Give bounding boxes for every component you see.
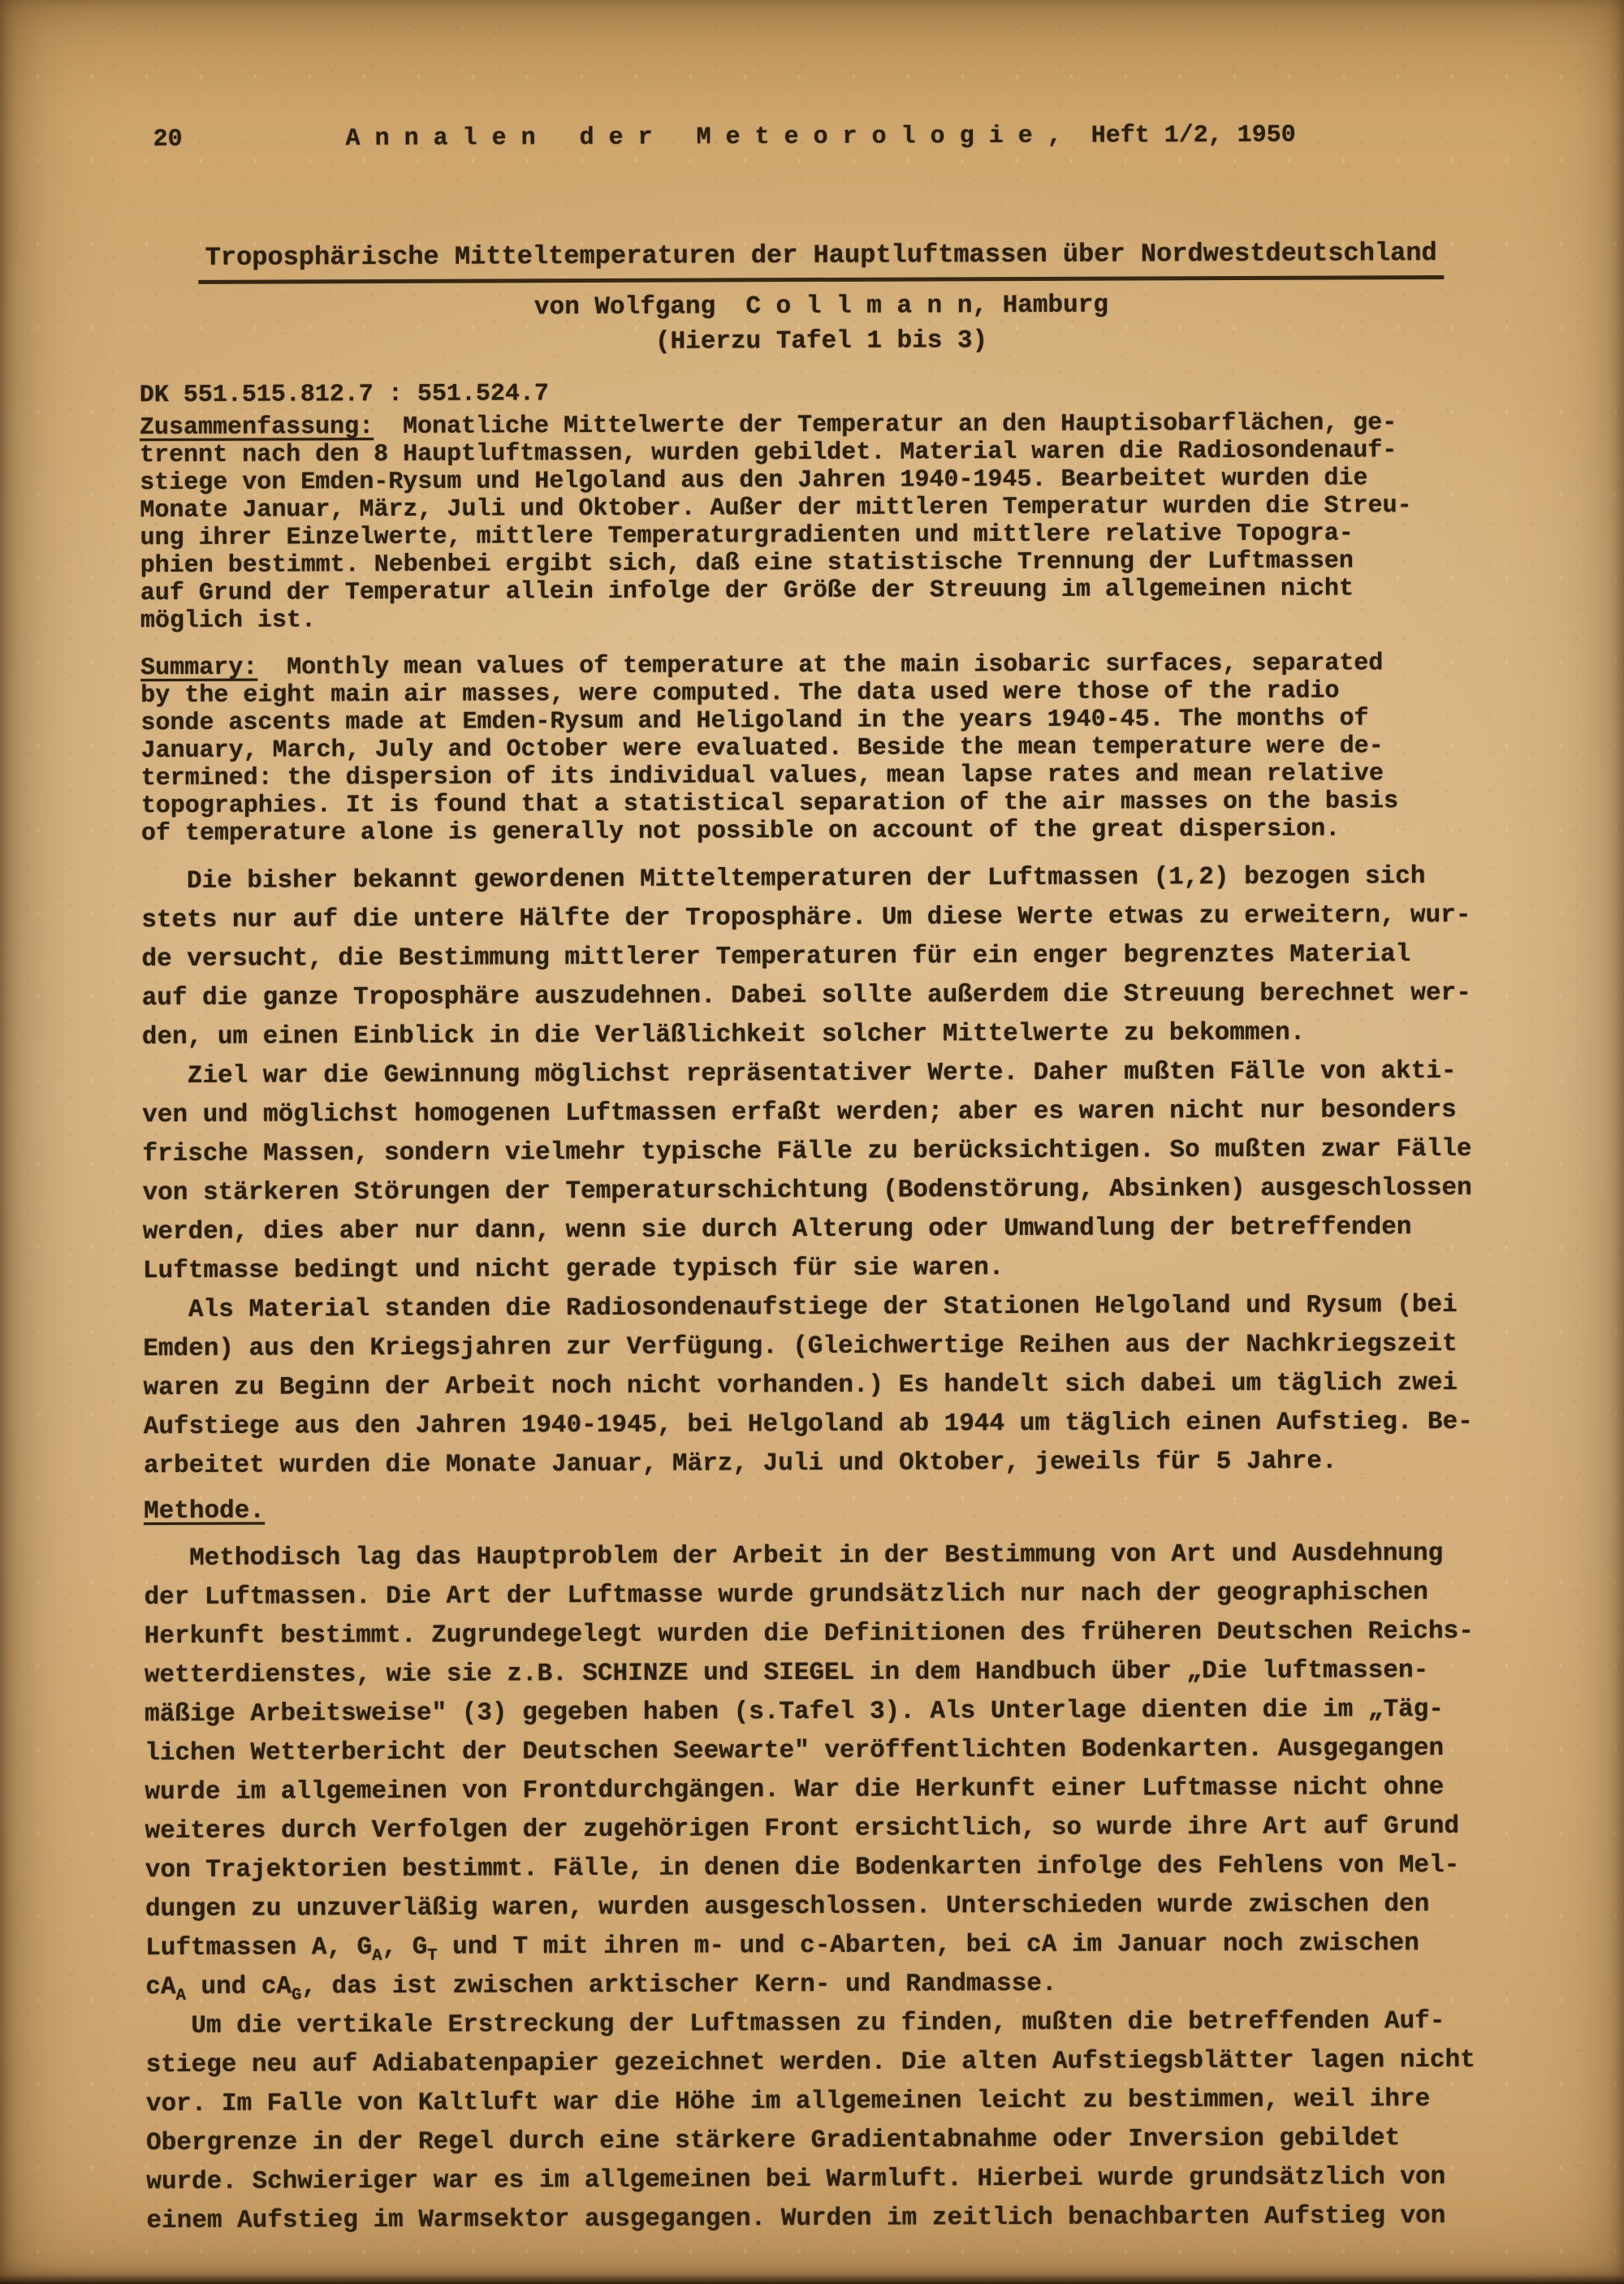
text-line: Methodisch lag das Hauptproblem der Arbe… [144,1535,1508,1578]
text-line: stiege neu auf Adiabatenpapier gezeichne… [146,2041,1510,2085]
text-line: der Luftmassen. Die Art der Luftmasse wu… [144,1574,1508,1617]
subscript-symbol: T [427,1947,437,1966]
text-line: Herkunft bestimmt. Zugrundegelegt wurden… [145,1613,1509,1656]
text-line: auf Grund der Temperatur allein infolge … [140,575,1505,607]
paragraph-intro-2: Ziel war die Gewinnung möglichst repräse… [142,1052,1507,1291]
text-line: Luftmassen A, GA, GT und T mit ihren m- … [145,1924,1510,1968]
journal-header: A n n a l e n d e r M e t e o r o l o g … [139,121,1503,153]
text-line: de versucht, die Bestimmung mittlerer Te… [141,935,1505,979]
page-number: 20 [153,126,183,153]
text-line: Emden) aus den Kriegsjahren zur Verfügun… [143,1325,1507,1369]
text-line: of temperature alone is generally not po… [141,815,1505,848]
abstract-english-lines: by the eight main air masses, were compu… [140,677,1505,848]
text-line: Als Material standen die Radiosondenaufs… [143,1286,1507,1330]
section-heading-methode: Methode. [144,1496,265,1529]
text-line: einem Aufstieg im Warmsektor ausgegangen… [146,2197,1510,2241]
abstract-english-label: Summary: [140,654,257,683]
text-line: Ziel war die Gewinnung möglichst repräse… [142,1052,1506,1096]
title-block: Troposphärische Mitteltemperaturen der H… [139,238,1504,362]
text-line: wetterdienstes, wie sie z.B. SCHINZE und… [145,1651,1509,1695]
paragraph-methode-2: Um die vertikale Erstreckung der Luftmas… [145,2002,1510,2241]
text-line: möglich ist. [140,602,1505,635]
paragraph-intro-1: Die bisher bekannt gewordenen Mitteltemp… [141,857,1506,1057]
text-line: stets nur auf die untere Hälfte der Trop… [141,896,1505,940]
text-line: ven und möglichst homogenen Luftmassen e… [142,1091,1506,1135]
text-line: lichen Wetterbericht der Deutschen Seewa… [145,1729,1509,1773]
article-title: Troposphärische Mitteltemperaturen der H… [199,238,1444,284]
page-content: 20 A n n a l e n d e r M e t e o r o l o… [0,0,1624,2242]
abstract-german-label: Zusammenfassung: [140,413,374,442]
text-line: Obergrenze in der Regel durch eine stärk… [146,2119,1510,2163]
abstract-english-first-line: Monthly mean values of temperature at th… [257,650,1383,681]
text-line: auf die ganze Troposphäre auszudehnen. D… [142,974,1506,1018]
text-line: werden, dies aber nur dann, wenn sie dur… [143,1208,1507,1252]
text-line: cAA und cAG, das ist zwischen arktischer… [145,1963,1510,2007]
text-line: weiteres durch Verfolgen der zugehörigen… [145,1807,1510,1851]
text-line: wurde. Schwieriger war es im allgemeinen… [146,2158,1510,2202]
text-line: mäßige Arbeitsweise" (3) gegeben haben (… [145,1690,1509,1734]
subscript-symbol: G [292,1986,301,2005]
scanned-journal-page: 20 A n n a l e n d e r M e t e o r o l o… [0,0,1624,2284]
text-segment: und cA [186,1972,292,2001]
text-line: von stärkeren Störungen der Temperatursc… [143,1169,1507,1213]
text-line: wurde im allgemeinen von Frontdurchgänge… [145,1768,1509,1812]
text-segment: , G [382,1933,427,1962]
text-line: vor. Im Falle von Kaltluft war die Höhe … [146,2080,1510,2124]
abstract-german: Zusammenfassung: Monatliche Mittelwerte … [140,409,1505,635]
text-segment: , das ist zwischen arktischer Kern- und … [301,1970,1056,2001]
subscript-symbol: A [372,1947,382,1966]
text-segment: cA [145,1973,175,2001]
text-line: Luftmasse bedingt und nicht gerade typis… [143,1247,1507,1291]
text-line: Aufstiege aus den Jahren 1940-1945, bei … [144,1403,1508,1447]
text-line: Um die vertikale Erstreckung der Luftmas… [145,2002,1510,2046]
text-line: dungen zu unzuverläßig waren, wurden aus… [145,1885,1510,1929]
abstract-german-first-line: Monatliche Mittelwerte der Temperatur an… [374,409,1397,441]
subscript-symbol: A [176,1987,186,2006]
text-line: frische Massen, sondern vielmehr typisch… [142,1130,1506,1174]
running-header: 20 A n n a l e n d e r M e t e o r o l o… [139,121,1503,157]
paragraph-methode-1: Methodisch lag das Hauptproblem der Arbe… [144,1535,1510,2007]
text-line: den, um einen Einblick in die Verläßlich… [142,1013,1506,1057]
text-segment: und T mit ihren m- und c-Abarten, bei cA… [438,1929,1419,1962]
abstract-german-lines: trennt nach den 8 Hauptluftmassen, wurde… [140,437,1505,635]
text-line: von Trajektorien bestimmt. Fälle, in den… [145,1846,1510,1890]
dk-classification: DK 551.515.812.7 : 551.524.7 [140,375,1504,411]
plates-note: (Hierzu Tafel 1 bis 3) [140,322,1504,362]
text-line: arbeitet wurden die Monate Januar, März,… [144,1442,1508,1486]
abstract-english: Summary: Monthly mean values of temperat… [140,650,1505,848]
paragraph-material: Als Material standen die Radiosondenaufs… [143,1286,1508,1486]
scan-bottom-edge [0,2274,1624,2284]
article-byline: von Wolfgang C o l l m a n n, Hamburg [139,287,1503,326]
text-line: waren zu Beginn der Arbeit noch nicht vo… [143,1364,1507,1408]
text-line: Die bisher bekannt gewordenen Mitteltemp… [141,857,1505,901]
text-segment: Luftmassen A, G [145,1933,372,1962]
